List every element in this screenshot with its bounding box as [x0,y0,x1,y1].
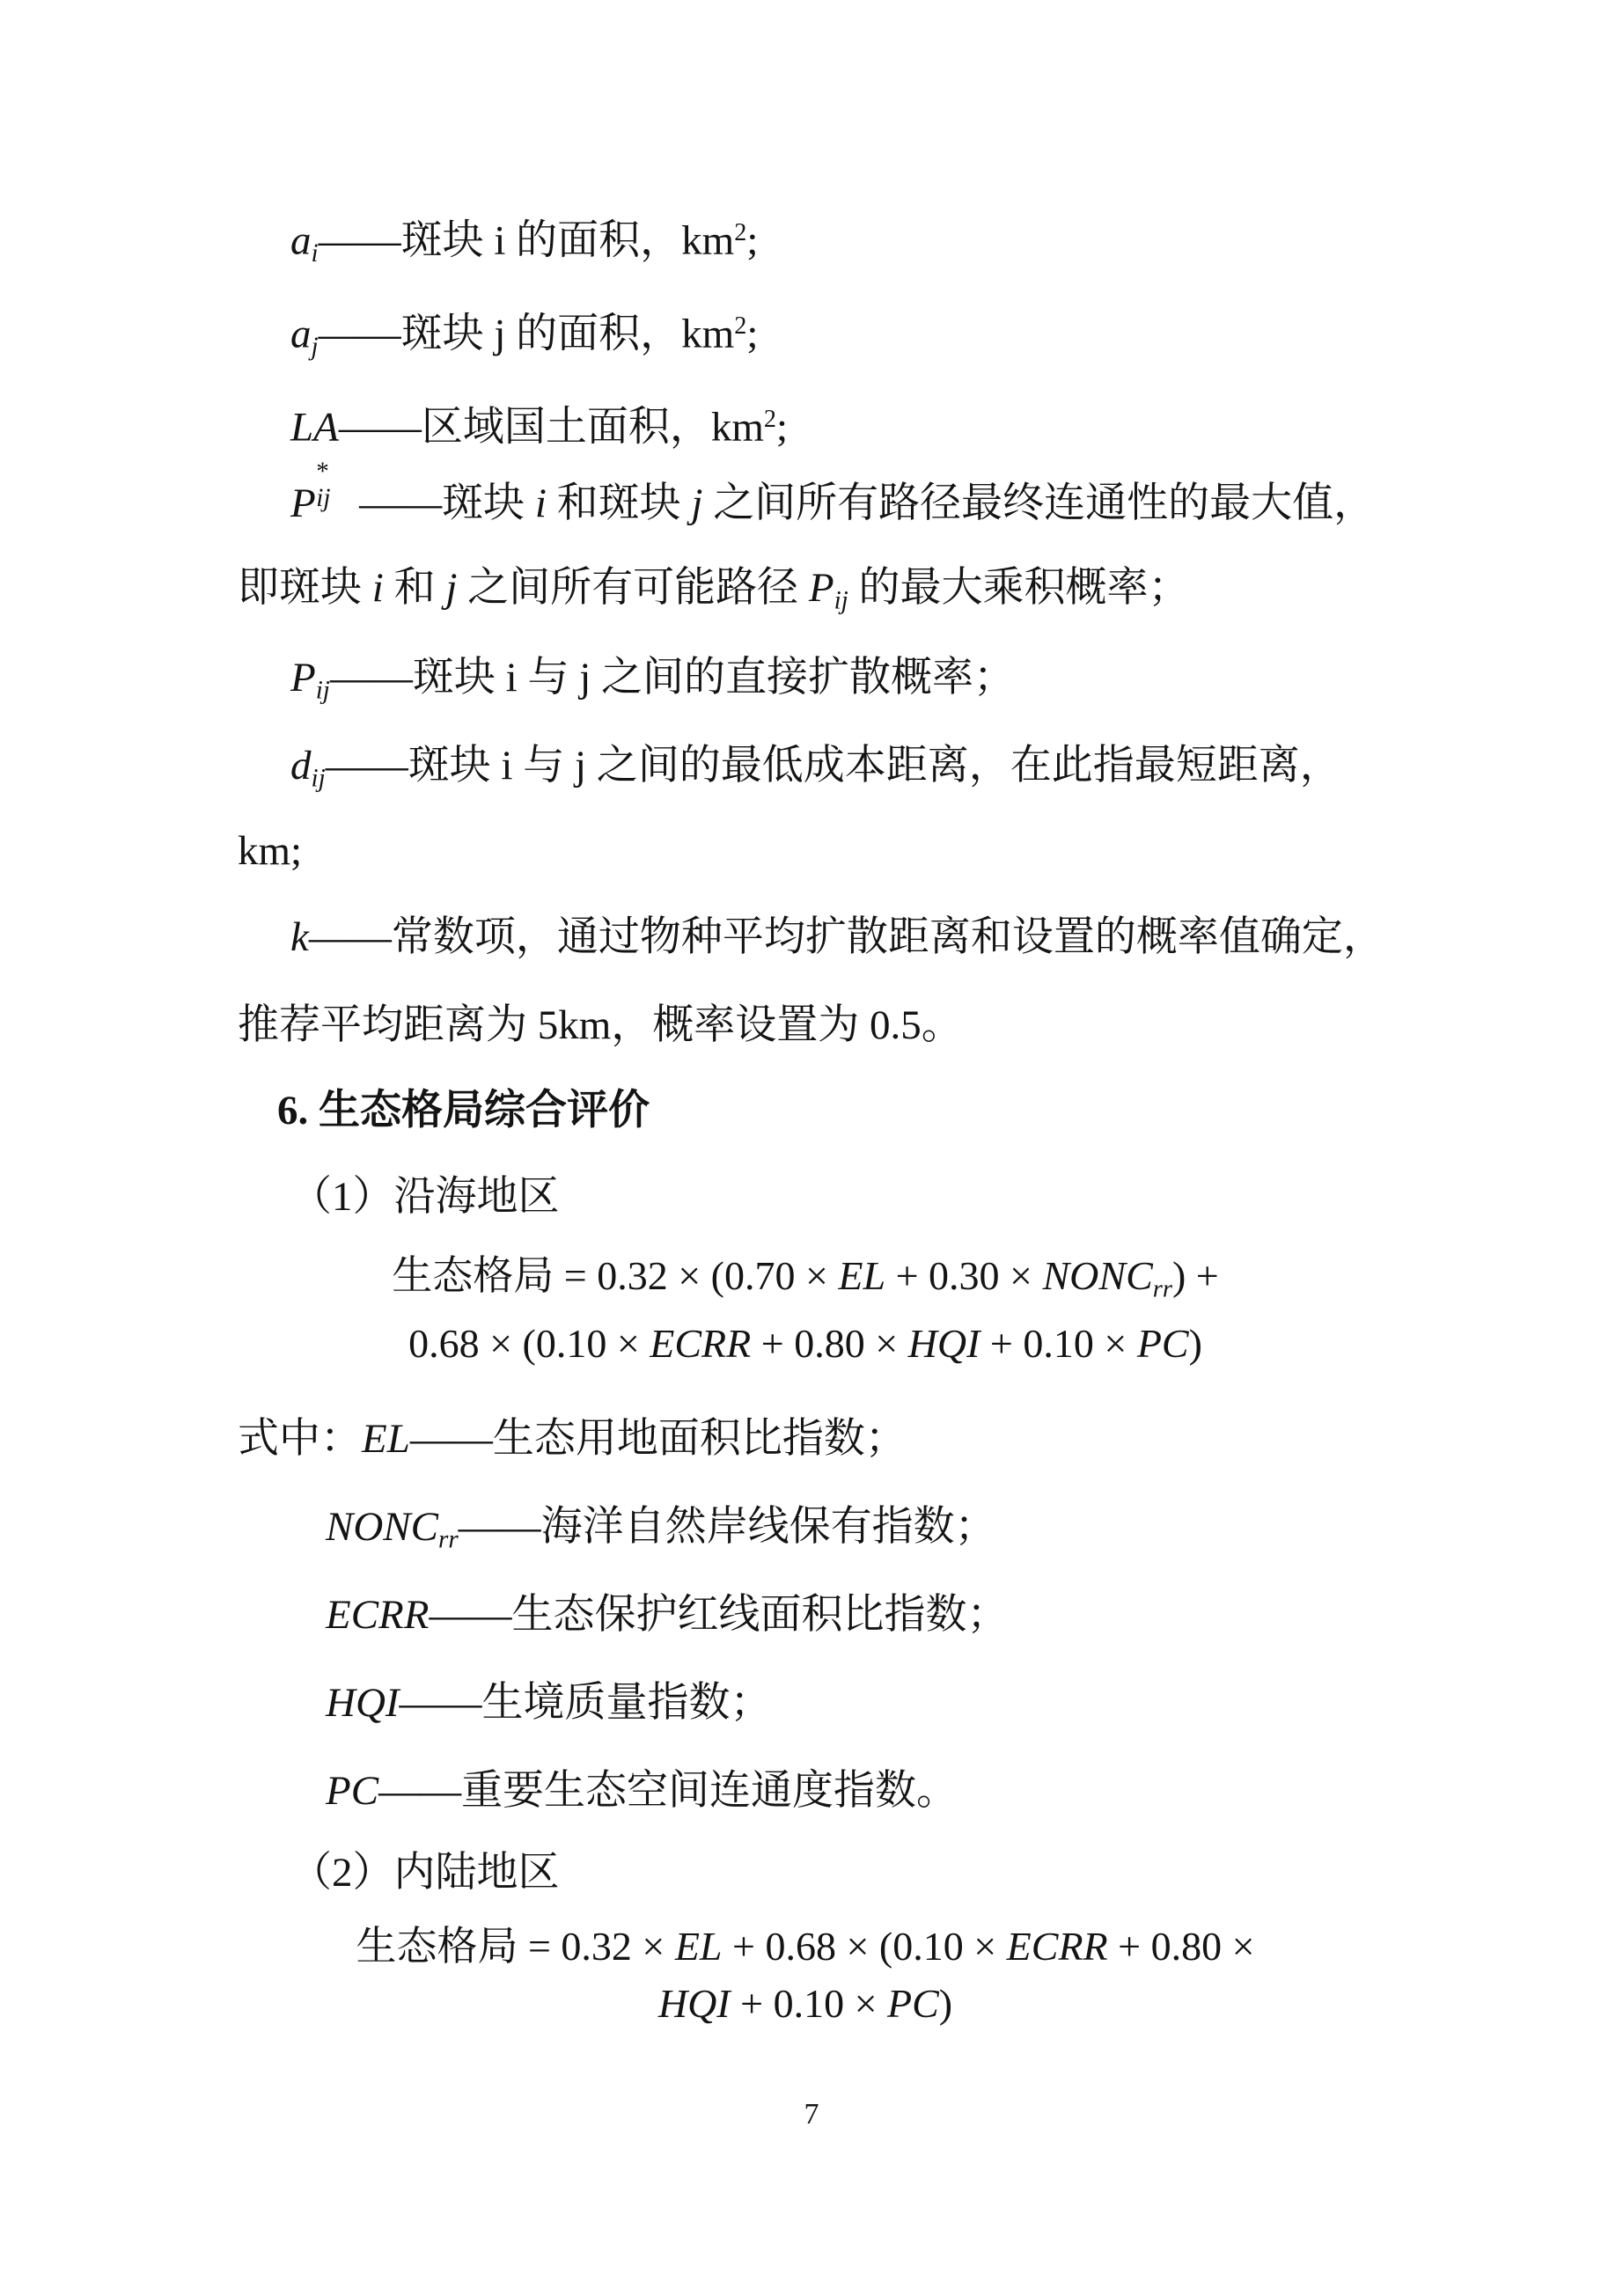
line-def-hqi: HQI——生境质量指数； [238,1659,1461,1747]
line-def-dij-2: km; [238,807,1373,895]
document-page: ai——斑块 i 的面积，km2;aj——斑块 j 的面积，km2;LA——区域… [0,0,1623,2296]
line-def-ecrr: ECRR——生态保护红线面积比指数； [238,1571,1461,1659]
line-def-la: LA——区域国土面积，km2; [238,376,1426,464]
line-def-k-1: k——常数项，通过物种平均扩散距离和设置的概率值确定， [238,893,1426,981]
line-def-k-2: 推荐平均距离为 5km，概率设置为 0.5。 [238,981,1373,1069]
line-def-el: 式中：EL——生态用地面积比指数； [238,1395,1373,1483]
line-formula-coastal-1: 生态格局 = 0.32 × (0.70 × EL + 0.30 × NONCrr… [238,1243,1373,1309]
line-def-pij-star-1: P*ij——斑块 i 和斑块 j 之间所有路径最终连通性的最大值， [238,459,1426,547]
line-formula-coastal-2: 0.68 × (0.10 × ECRR + 0.80 × HQI + 0.10 … [238,1310,1373,1377]
line-def-pij-star-2: 即斑块 i 和 j 之间所有可能路径 Pij 的最大乘积概率； [238,544,1373,632]
line-formula-inland-2: HQI + 0.10 × PC) [238,1970,1373,2037]
page-number: 7 [0,2093,1623,2137]
line-def-pij: Pij——斑块 i 与 j 之间的直接扩散概率； [238,634,1426,722]
line-sub-1-coastal: （1）沿海地区 [238,1153,1426,1241]
document-content: ai——斑块 i 的面积，km2;aj——斑块 j 的面积，km2;LA——区域… [0,0,1623,2296]
line-sub-2-inland: （2）内陆地区 [238,1829,1426,1917]
line-def-dij-1: dij——斑块 i 与 j 之间的最低成本距离，在此指最短距离， [238,722,1426,810]
line-def-ai: ai——斑块 i 的面积，km2; [238,189,1426,277]
line-def-pc: PC——重要生态空间连通度指数。 [238,1747,1461,1835]
line-heading-6: 6. 生态格局综合评价 [238,1067,1413,1155]
line-def-noncrr: NONCrr——海洋自然岸线保有指数； [238,1483,1461,1571]
line-def-aj: aj——斑块 j 的面积，km2; [238,282,1426,370]
